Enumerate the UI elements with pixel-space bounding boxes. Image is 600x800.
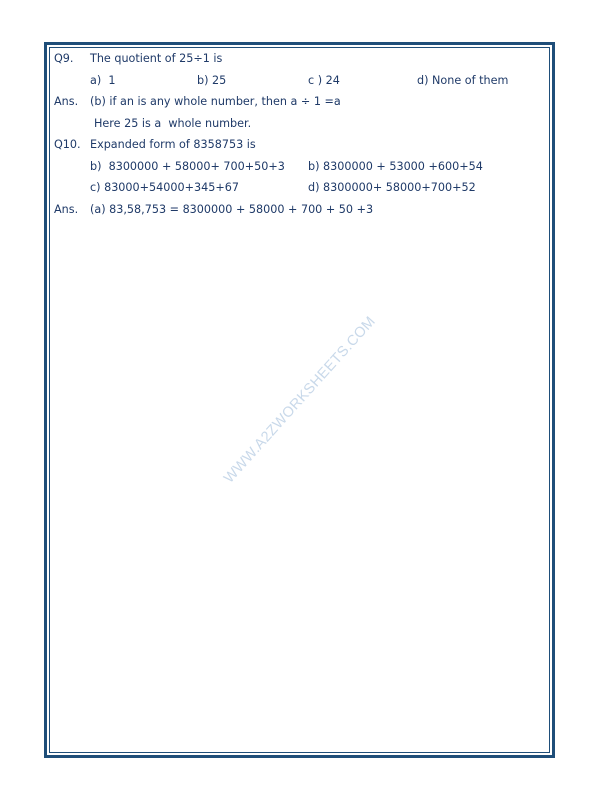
option-b: b) 8300000 + 53000 +600+54	[308, 156, 483, 178]
answer-label: Ans.	[54, 91, 78, 113]
answer-label: Ans.	[54, 199, 78, 221]
options-row-q9: a) 1 b) 25 c ) 24 d) None of them	[54, 70, 544, 92]
worksheet-content: Q9. The quotient of 25÷1 is a) 1 b) 25 c…	[54, 48, 544, 220]
option-first: b) 8300000 + 58000+ 700+50+3	[90, 156, 285, 178]
option-d: d) None of them	[417, 70, 508, 92]
option-c: c) 83000+54000+345+67	[90, 177, 239, 199]
options-row-q10-1: b) 8300000 + 58000+ 700+50+3 b) 8300000 …	[54, 156, 544, 178]
question-number: Q9.	[54, 48, 73, 70]
option-d: d) 8300000+ 58000+700+52	[308, 177, 476, 199]
question-text: The quotient of 25÷1 is	[90, 48, 222, 70]
question-row-q10: Q10. Expanded form of 8358753 is	[54, 134, 544, 156]
question-row-q9: Q9. The quotient of 25÷1 is	[54, 48, 544, 70]
option-c: c ) 24	[308, 70, 340, 92]
answer-row-q9: Ans. (b) if an is any whole number, then…	[54, 91, 544, 113]
answer-row-q10: Ans. (a) 83,58,753 = 8300000 + 58000 + 7…	[54, 199, 544, 221]
answer-note: Here 25 is a whole number.	[94, 113, 251, 135]
answer-text: (b) if an is any whole number, then a ÷ …	[90, 91, 341, 113]
answer-note-row-q9: Here 25 is a whole number.	[54, 113, 544, 135]
answer-text: (a) 83,58,753 = 8300000 + 58000 + 700 + …	[90, 199, 373, 221]
question-number: Q10.	[54, 134, 81, 156]
option-b: b) 25	[197, 70, 226, 92]
option-a: a) 1	[90, 70, 115, 92]
question-text: Expanded form of 8358753 is	[90, 134, 256, 156]
options-row-q10-2: c) 83000+54000+345+67 d) 8300000+ 58000+…	[54, 177, 544, 199]
